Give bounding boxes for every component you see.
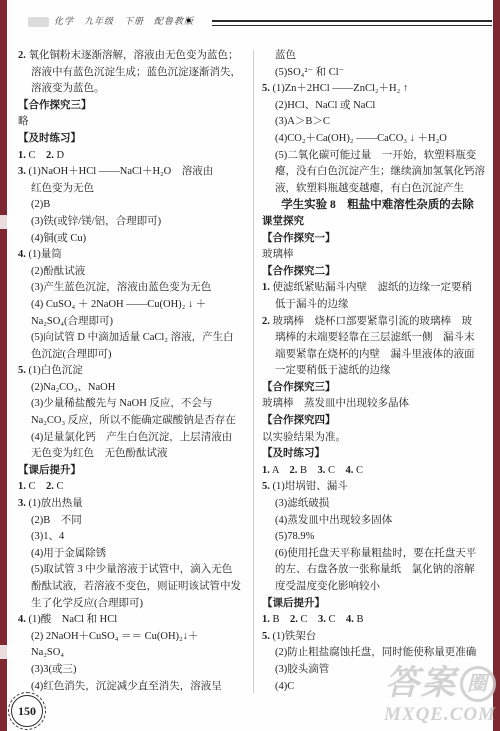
page-number-badge: 150: [11, 695, 43, 727]
text-line: (3)少量稀盐酸先与 NaOH 反应，不会与: [18, 396, 252, 413]
text-line: (3)产生蓝色沉淀，溶液由蓝色变为无色: [18, 280, 252, 297]
text-line: 瘪，没有白色沉淀产生；继续滴加氢氧化钙溶: [262, 164, 493, 181]
text-line: 5. (1)Zn＋2HCl ——ZnCl₂＋H₂ ↑: [262, 81, 493, 98]
text-line: (5)SO₄²⁻ 和 Cl⁻: [262, 65, 493, 82]
text-line: (3)3(或三): [18, 662, 252, 679]
text-line: 蓝色: [262, 48, 493, 65]
text-line: 5. (1)铁架台: [262, 629, 493, 646]
text-line: 1. B 2. C 3. C 4. B: [262, 612, 493, 629]
text-line: 【合作探究一】: [262, 231, 493, 248]
text-line: (2)B 不同: [18, 513, 252, 530]
text-line: (2)HCl、NaCl 或 NaCl: [262, 98, 493, 115]
book-edge-left: [0, 0, 7, 731]
page-number: 150: [18, 704, 36, 719]
text-line: 的左、右盘各放一张称量纸 氯化钠的溶解: [262, 562, 493, 579]
text-line: 【课后提升】: [262, 596, 493, 613]
book-edge-right: [493, 0, 500, 731]
text-line: Na₂SO₄(合理即可): [18, 314, 252, 331]
text-line: 5. (1)白色沉淀: [18, 363, 252, 380]
header-mark: [28, 17, 49, 27]
text-line: 课堂探究: [262, 214, 493, 231]
text-line: 5. (1)坩埚钳、漏斗: [262, 479, 493, 496]
text-line: 学生实验 8 粗盐中难溶性杂质的去除: [262, 197, 493, 214]
text-line: (4)用于金属除锈: [18, 546, 252, 563]
text-line: 溶液变为蓝色。: [18, 81, 252, 98]
text-line: 一定要稍低于滤纸的边缘: [262, 363, 493, 380]
text-line: 玻璃棒 蒸发皿中出现较多晶体: [262, 396, 493, 413]
text-line: 3. (1)NaOH＋HCl ——NaCl＋H₂O 溶液由: [18, 164, 252, 181]
text-line: 色沉淀(合理即可): [18, 347, 252, 364]
text-line: 【合作探究三】: [18, 98, 252, 115]
text-line: 4. (1)酸 NaCl 和 HCl: [18, 612, 252, 629]
text-line: 1. 使滤纸紧贴漏斗内壁 滤纸的边缘一定要稍: [262, 280, 493, 297]
header-rule: [212, 20, 492, 26]
text-line: 酚酞试液，若溶液不变色，则证明该试管中发: [18, 579, 252, 596]
text-line: 略: [18, 114, 252, 131]
text-line: (4)蒸发皿中出现较多固体: [262, 513, 493, 530]
text-line: 3. (1)放出热量: [18, 496, 252, 513]
watermark-brand-text: 答案: [385, 666, 457, 702]
text-line: (4)铜(或 Cu): [18, 231, 252, 248]
text-line: (5)78.9%: [262, 529, 493, 546]
text-line: 生了化学反应(合理即可): [18, 596, 252, 613]
left-text-column: 2. 氧化铜粉末逐渐溶解，溶液由无色变为蓝色；溶液中有蓝色沉淀生成；蓝色沉淀逐渐…: [18, 48, 252, 695]
text-line: 2. 玻璃棒 烧杯口部要紧靠引流的玻璃棒 玻: [262, 314, 493, 331]
text-line: (2)酚酞试液: [18, 264, 252, 281]
text-line: 1. A 2. B 3. C 4. C: [262, 463, 493, 480]
text-line: (4) CuSO₄ ＋ 2NaOH ——Cu(OH)₂ ↓ ＋: [18, 297, 252, 314]
text-line: 1. C 2. D: [18, 148, 252, 165]
text-line: (4)红色消失，沉淀减少直至消失，溶液呈: [18, 679, 252, 696]
text-line: 【及时练习】: [262, 446, 493, 463]
text-line: (2)防止粗盐腐蚀托盘，同时能使称量更准确: [262, 645, 493, 662]
text-line: (2)B: [18, 197, 252, 214]
text-line: 璃棒的末端要轻靠在三层滤纸一侧 漏斗末: [262, 330, 493, 347]
text-line: 【合作探究二】: [262, 264, 493, 281]
text-line: (5)取试管 3 中少量溶液于试管中，滴入无色: [18, 562, 252, 579]
text-line: 端要紧靠在烧杯的内壁 漏斗里液体的液面: [262, 347, 493, 364]
watermark-brand: 答案 圈: [384, 666, 496, 702]
text-line: 【合作探究四】: [262, 413, 493, 430]
text-line: 以实验结果为准。: [262, 430, 493, 447]
text-line: 4. (1)量筒: [18, 247, 252, 264]
text-line: (3)1、4: [18, 529, 252, 546]
text-line: (3)A＞B＞C: [262, 114, 493, 131]
text-line: Na₂SO₄: [18, 645, 252, 662]
text-line: 【课后提升】: [18, 463, 252, 480]
text-line: (5)二氧化碳可能过量 一开始，软塑料瓶变: [262, 148, 493, 165]
text-line: 玻璃棒: [262, 247, 493, 264]
watermark-site: MXQE.COM: [384, 705, 496, 725]
right-text-column: 蓝色(5)SO₄²⁻ 和 Cl⁻5. (1)Zn＋2HCl ——ZnCl₂＋H₂…: [262, 48, 493, 695]
text-line: (2) 2NaOH＋CuSO₄ ＝＝ Cu(OH)₂↓＋: [18, 629, 252, 646]
text-line: (5)向试管 D 中滴加适量 CaCl₂ 溶液，产生白: [18, 330, 252, 347]
text-line: (2)Na₂CO₃、NaOH: [18, 380, 252, 397]
text-line: (3)滤纸破损: [262, 496, 493, 513]
text-line: Na₂CO₃ 反应，所以不能确定碳酸钠是否存在: [18, 413, 252, 430]
text-line: 1. C 2. C: [18, 479, 252, 496]
column-divider: [253, 50, 254, 693]
text-line: (6)使用托盘天平称量粗盐时，要在托盘天平: [262, 546, 493, 563]
text-line: 无色变为红色 无色酚酞试液: [18, 446, 252, 463]
watermark-circle-icon: 圈: [460, 666, 496, 702]
text-line: 液，软塑料瓶越变越瘪，有白色沉淀产生: [262, 181, 493, 198]
edge-notch: [0, 215, 7, 229]
text-line: 红色变为无色: [18, 181, 252, 198]
text-line: (4)足量氯化钙 产生白色沉淀，上层清液由: [18, 430, 252, 447]
watermark: 答案 圈 MXQE.COM: [384, 666, 496, 725]
text-line: 低于漏斗的边缘: [262, 297, 493, 314]
text-line: 度受温度变化影响较小: [262, 579, 493, 596]
text-line: 溶液中有蓝色沉淀生成；蓝色沉淀逐渐消失，: [18, 65, 252, 82]
text-line: (3)铁(或锌/镁/铝，合理即可): [18, 214, 252, 231]
edge-notch: [0, 645, 7, 659]
bullet-icon: ●: [186, 15, 191, 25]
book-title: 化学 九年级 下册 配鲁教版: [54, 14, 194, 27]
text-line: 【及时练习】: [18, 131, 252, 148]
text-line: 【合作探究三】: [262, 380, 493, 397]
text-line: (4)CO₂＋Ca(OH)₂ ——CaCO₃ ↓ ＋H₂O: [262, 131, 493, 148]
text-line: 2. 氧化铜粉末逐渐溶解，溶液由无色变为蓝色；: [18, 48, 252, 65]
page-header: 化学 九年级 下册 配鲁教版 ●: [0, 14, 500, 30]
